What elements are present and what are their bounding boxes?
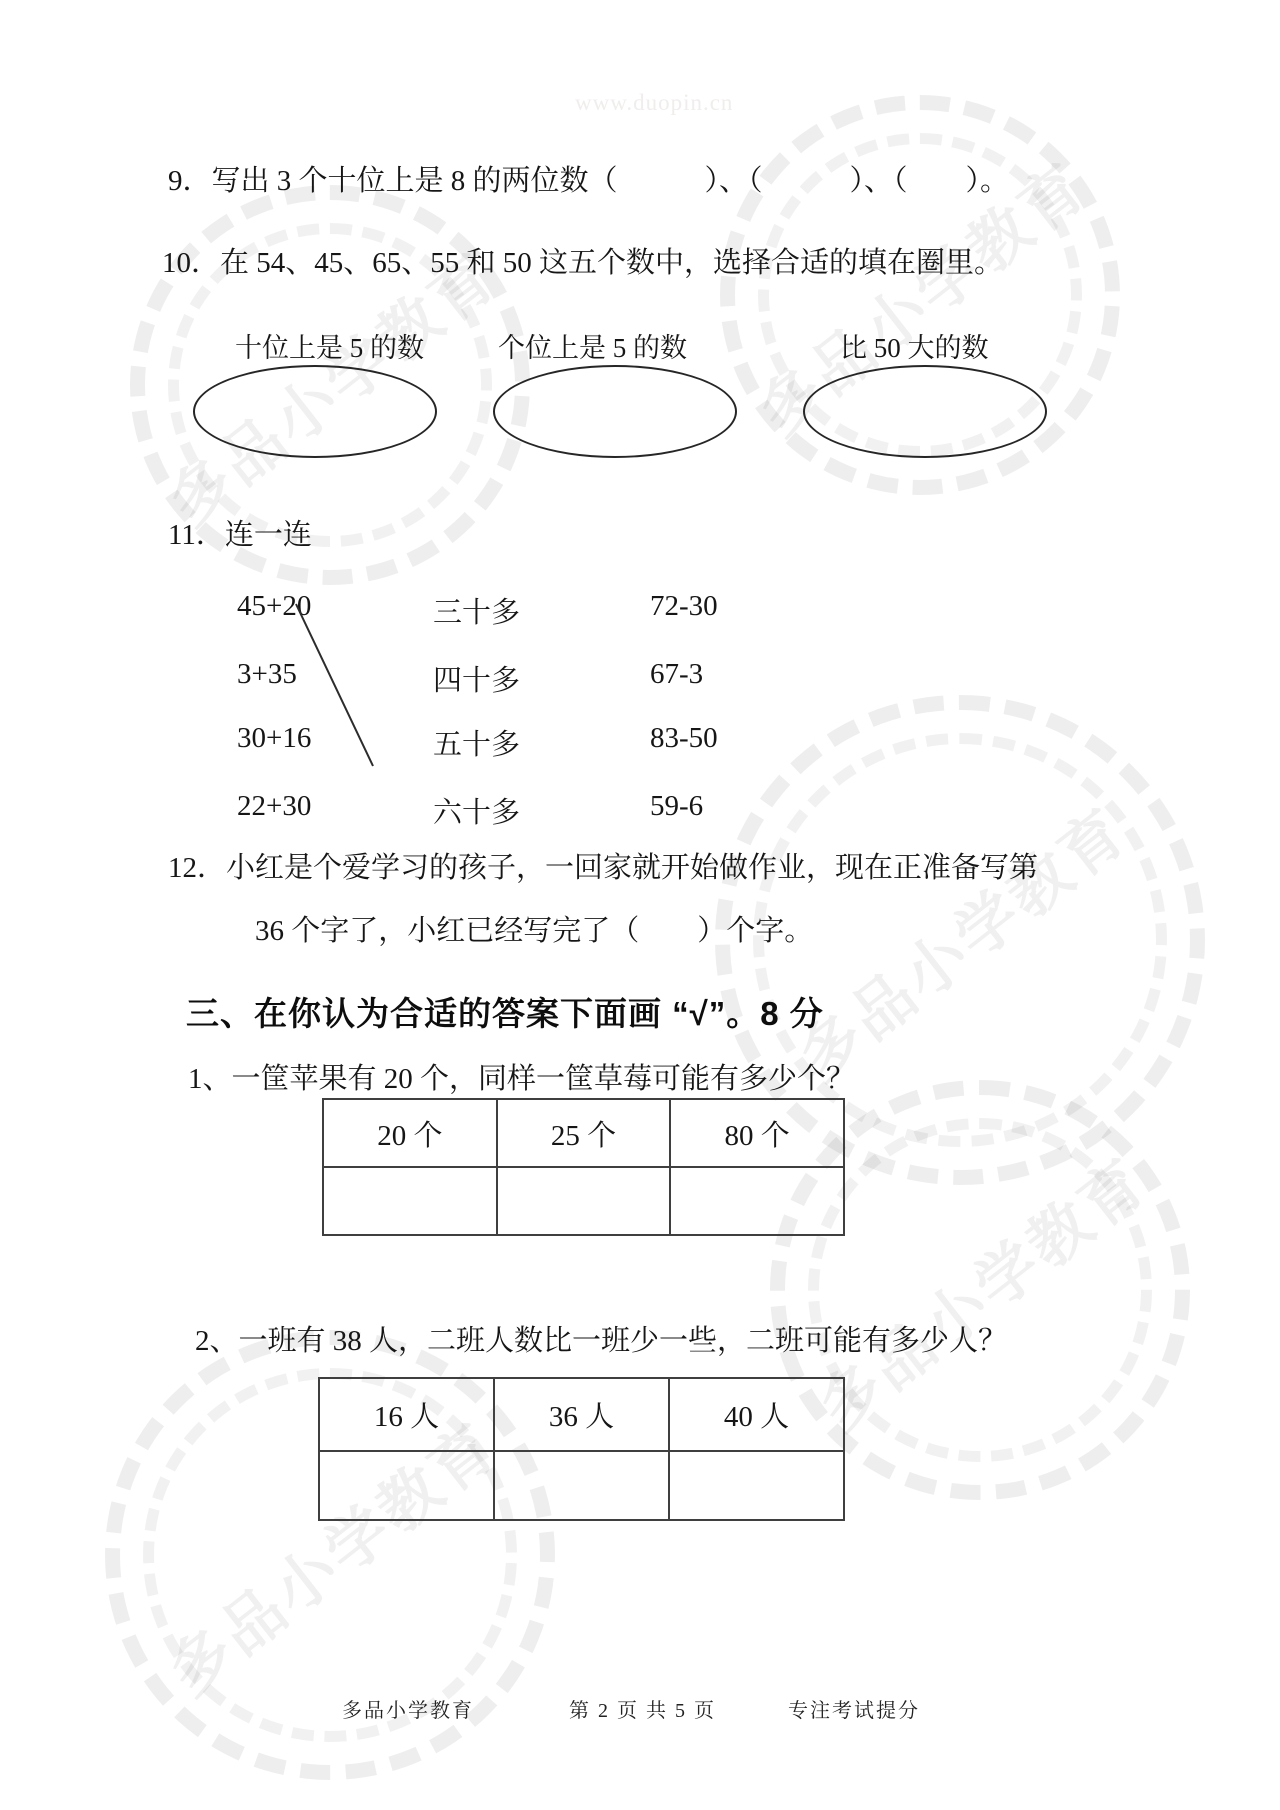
match-right-3: 59-6	[650, 790, 703, 823]
answer-oval-tens-5	[193, 365, 437, 458]
match-mid-1: 四十多	[433, 658, 520, 699]
section-3-heading: 三、在你认为合适的答案下面画 “√”。8 分	[186, 988, 824, 1035]
section3-question-1: 1、一筐苹果有 20 个，同样一筐草莓可能有多少个？	[188, 1056, 855, 1097]
answer-cell	[670, 1167, 844, 1235]
stamp-inner-ring	[808, 1118, 1152, 1462]
answer-cell	[497, 1167, 671, 1235]
match-mid-0: 三十多	[433, 590, 520, 631]
match-right-0: 72-30	[650, 590, 718, 623]
footer-page-number: 第 2 页 共 5 页	[569, 1694, 716, 1723]
section3-question-2: 2、一班有 38 人，二班人数比一班少一些，二班可能有多少人？	[195, 1318, 1007, 1359]
choice-table-q1-answer-row	[323, 1167, 844, 1235]
question-11-title: 11．连一连	[168, 512, 312, 553]
match-right-1: 67-3	[650, 658, 703, 691]
choice-table-q2: 16 人 36 人 40 人	[318, 1377, 845, 1521]
answer-oval-greater-50	[803, 365, 1047, 458]
choice-table-q2-options-row: 16 人 36 人 40 人	[319, 1378, 844, 1451]
option-cell: 25 个	[497, 1099, 671, 1167]
circle-label-ones-5: 个位上是 5 的数	[498, 326, 687, 365]
option-cell: 36 人	[494, 1378, 669, 1451]
url-watermark: www.duopin.cn	[575, 90, 733, 116]
answer-cell	[323, 1167, 497, 1235]
match-mid-3: 六十多	[433, 790, 520, 831]
choice-table-q1-options-row: 20 个 25 个 80 个	[323, 1099, 844, 1167]
option-cell: 16 人	[319, 1378, 494, 1451]
choice-table-q1: 20 个 25 个 80 个	[322, 1098, 845, 1236]
exam-page: www.duopin.cn 多品小学教育 多品小学教育 多品小学教育 多品小学教…	[0, 0, 1280, 1810]
option-cell: 80 个	[670, 1099, 844, 1167]
question-12-line1: 12．小红是个爱学习的孩子，一回家就开始做作业，现在正准备写第	[168, 845, 1038, 886]
answer-cell	[669, 1451, 844, 1520]
answer-cell	[494, 1451, 669, 1520]
match-sample-line	[288, 596, 384, 774]
stamp-text: 多品小学教育	[797, 1133, 1164, 1447]
question-10: 10．在 54、45、65、55 和 50 这五个数中，选择合适的填在圈里。	[162, 240, 1003, 281]
choice-table-q2-answer-row	[319, 1451, 844, 1520]
match-right-2: 83-50	[650, 722, 718, 755]
question-12-line2: 36 个字了，小红已经写完了（ ）个字。	[255, 908, 813, 949]
circle-label-tens-5: 十位上是 5 的数	[235, 326, 424, 365]
option-cell: 40 人	[669, 1378, 844, 1451]
match-mid-2: 五十多	[433, 722, 520, 763]
answer-cell	[319, 1451, 494, 1520]
match-left-3: 22+30	[237, 790, 311, 823]
footer-slogan: 专注考试提分	[788, 1694, 920, 1723]
question-9: 9．写出 3 个十位上是 8 的两位数（ ）、（ ）、（ ）。	[168, 158, 1009, 199]
circle-label-greater-50: 比 50 大的数	[840, 326, 989, 365]
option-cell: 20 个	[323, 1099, 497, 1167]
footer-brand: 多品小学教育	[342, 1694, 474, 1723]
stamp-text: 多品小学教育	[777, 783, 1144, 1097]
answer-oval-ones-5	[493, 365, 737, 458]
